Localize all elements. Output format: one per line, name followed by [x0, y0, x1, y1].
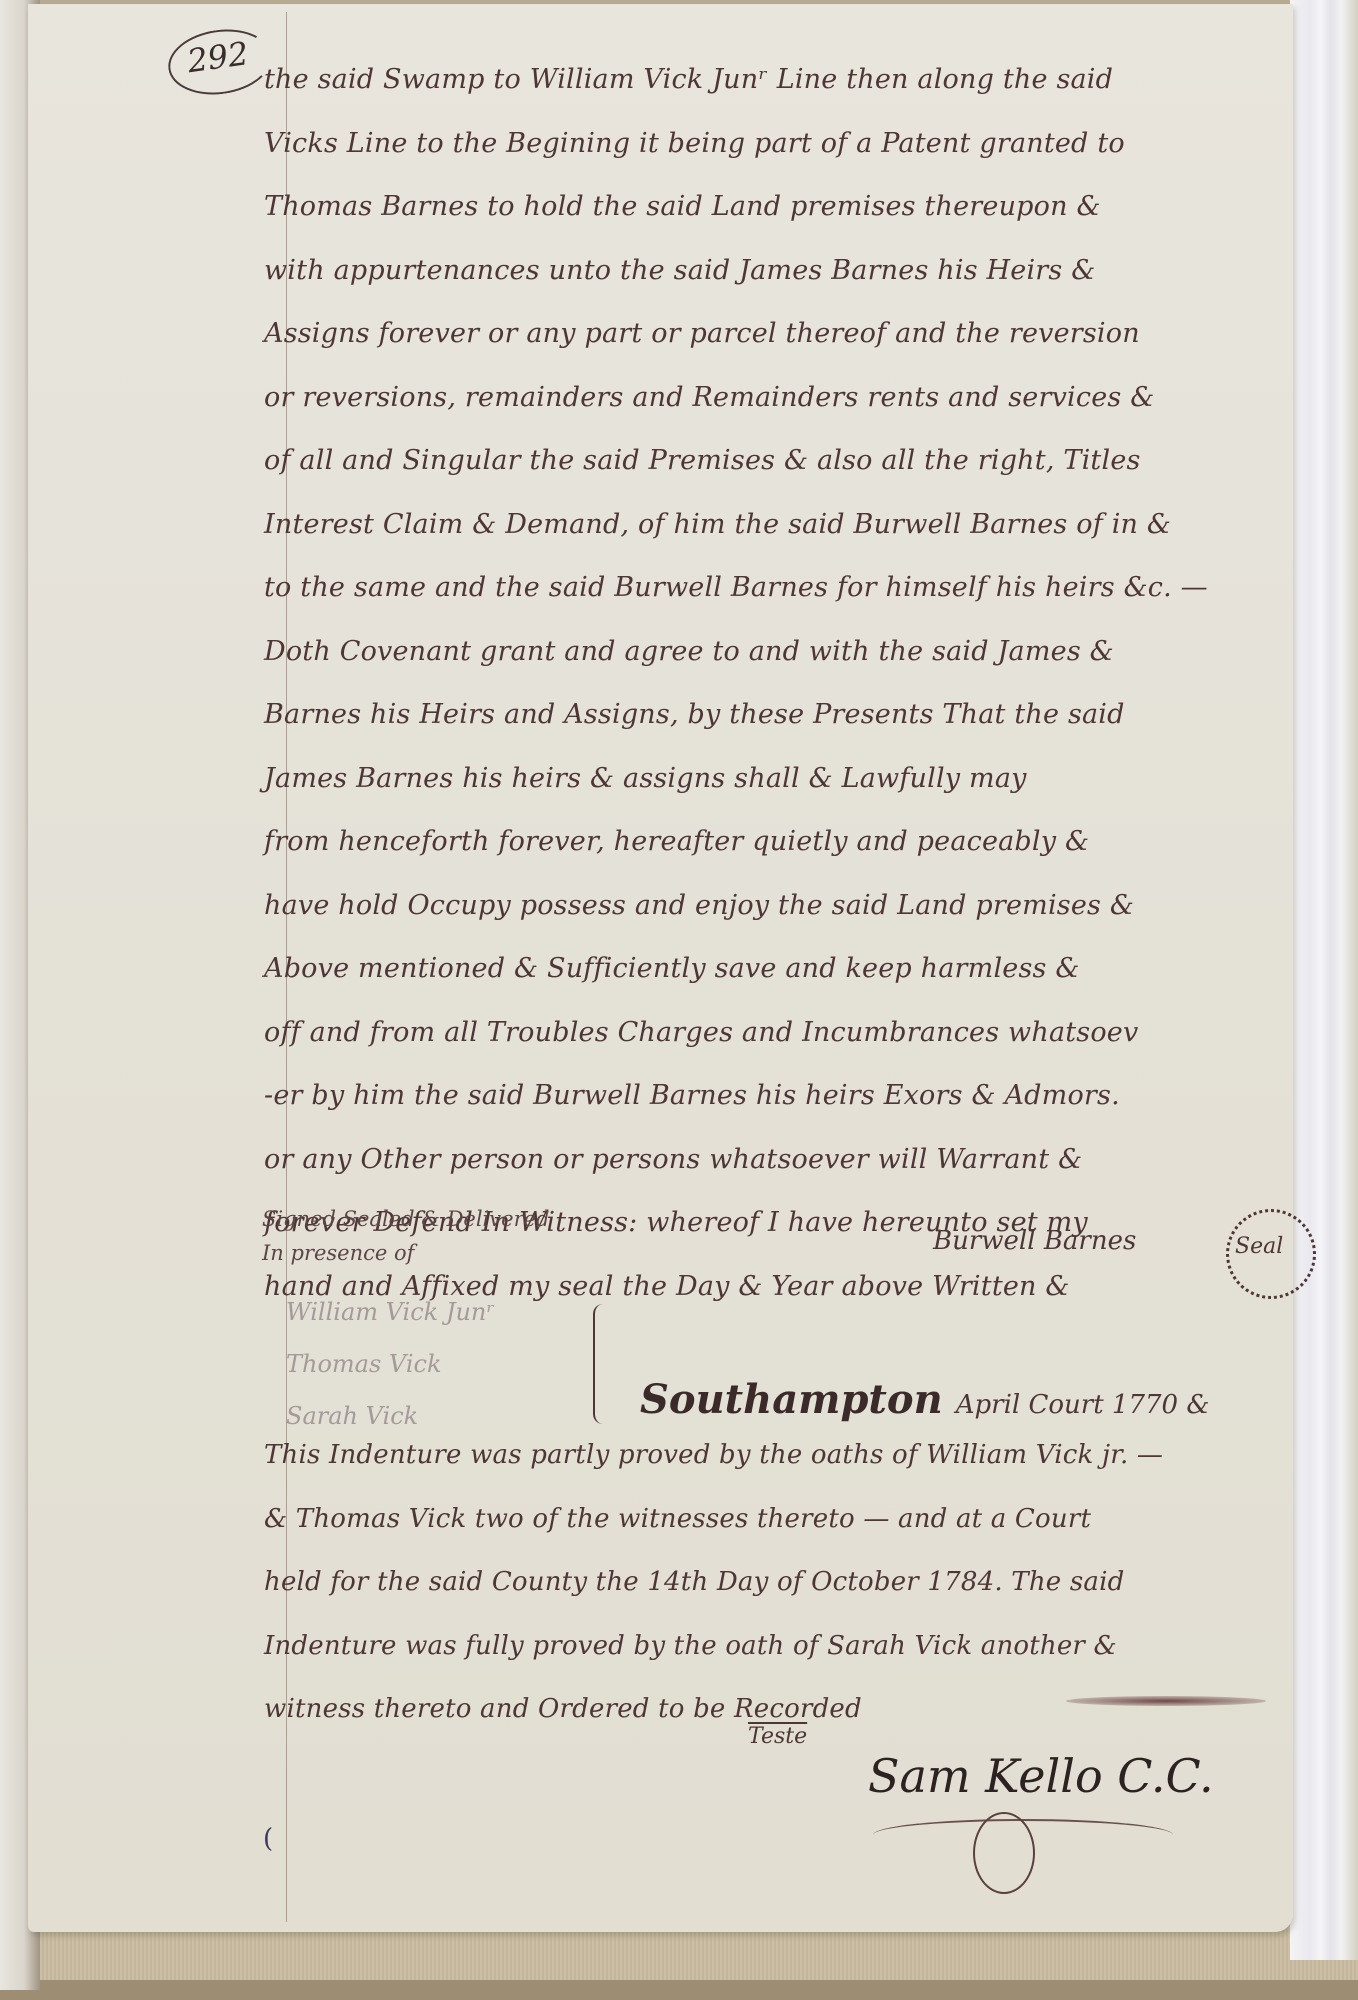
witness-name: William Vick Junʳ — [286, 1286, 495, 1338]
proof-line: This Indenture was partly proved by the … — [264, 1424, 1324, 1488]
proof-line: Indenture was fully proved by the oath o… — [264, 1615, 1324, 1679]
signature-oval-icon — [973, 1812, 1035, 1894]
deed-line: or reversions, remainders and Remainders… — [264, 366, 1324, 430]
teste-label: Teste — [748, 1724, 807, 1749]
deed-line: or any Other person or persons whatsoeve… — [264, 1128, 1324, 1192]
margin-mark: ( — [263, 1824, 273, 1854]
grantor-signature: Burwell Barnes — [933, 1226, 1136, 1256]
deed-line: of all and Singular the said Premises & … — [264, 429, 1324, 493]
deed-line: Assigns forever or any part or parcel th… — [264, 302, 1324, 366]
proof-line: held for the said County the 14th Day of… — [264, 1551, 1324, 1615]
witness-name: Thomas Vick — [286, 1338, 495, 1390]
court-session: April Court 1770 & — [956, 1390, 1210, 1420]
brace-icon — [593, 1304, 609, 1424]
court-heading: Southampton April Court 1770 & — [640, 1376, 1210, 1423]
deed-line: James Barnes his heirs & assigns shall &… — [264, 747, 1324, 811]
signed-sealed-delivered: Signed Sealed & Delivered — [262, 1202, 549, 1236]
deed-body: the said Swamp to William Vick Junʳ Line… — [264, 48, 1324, 1318]
deed-line: have hold Occupy possess and enjoy the s… — [264, 874, 1324, 938]
deed-line: with appurtenances unto the said James B… — [264, 239, 1324, 303]
deed-line: off and from all Troubles Charges and In… — [264, 1001, 1324, 1065]
proof-of-deed: This Indenture was partly proved by the … — [264, 1424, 1324, 1742]
seal-label: Seal — [1235, 1234, 1283, 1259]
deed-line: the said Swamp to William Vick Junʳ Line… — [264, 48, 1324, 112]
clerk-signature: Sam Kello C.C. — [868, 1749, 1214, 1803]
deed-line: Thomas Barnes to hold the said Land prem… — [264, 175, 1324, 239]
deed-line: Above mentioned & Sufficiently save and … — [264, 937, 1324, 1001]
proof-line: & Thomas Vick two of the witnesses there… — [264, 1488, 1324, 1552]
deed-line: Interest Claim & Demand, of him the said… — [264, 493, 1324, 557]
ledger-page: 292 the said Swamp to William Vick Junʳ … — [28, 4, 1293, 1932]
in-presence-of: In presence of — [262, 1236, 549, 1270]
execution-clause: Signed Sealed & Delivered In presence of — [262, 1202, 549, 1270]
ink-flourish-line — [1066, 1696, 1266, 1706]
deed-line: from henceforth forever, hereafter quiet… — [264, 810, 1324, 874]
deed-line: Doth Covenant grant and agree to and wit… — [264, 620, 1324, 684]
deed-line: -er by him the said Burwell Barnes his h… — [264, 1064, 1324, 1128]
deed-line: Barnes his Heirs and Assigns, by these P… — [264, 683, 1324, 747]
page-number-circle: 292 — [164, 23, 276, 101]
page-number: 292 — [185, 34, 251, 80]
deed-line: to the same and the said Burwell Barnes … — [264, 556, 1324, 620]
witness-list: William Vick Junʳ Thomas Vick Sarah Vick — [286, 1286, 495, 1442]
deed-line: Vicks Line to the Begining it being part… — [264, 112, 1324, 176]
court-place: Southampton — [640, 1376, 943, 1423]
seal-icon: Seal — [1226, 1209, 1316, 1299]
